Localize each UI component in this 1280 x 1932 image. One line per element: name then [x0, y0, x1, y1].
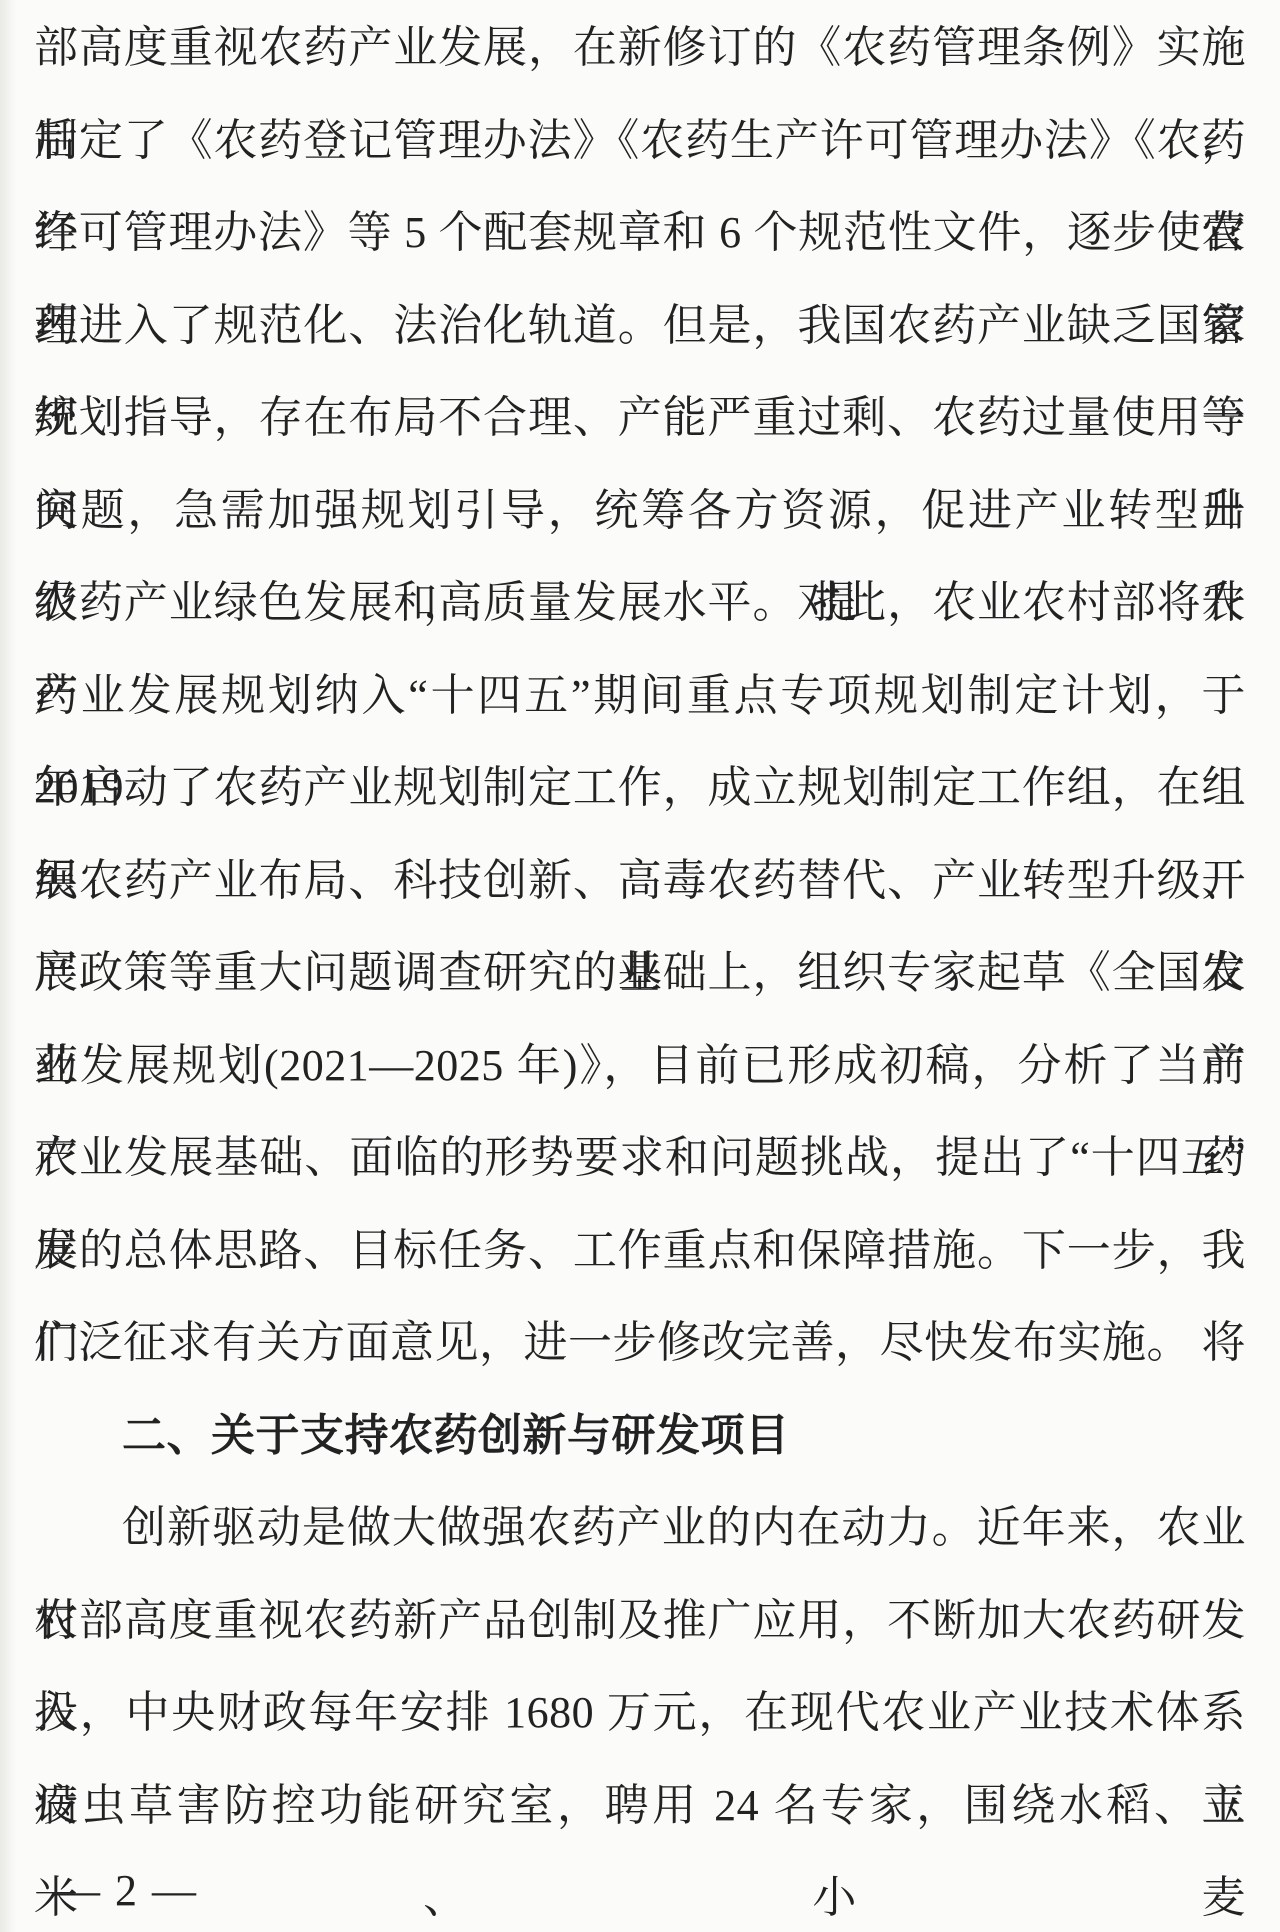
body-paragraph-continuation: 部高度重视农药产业发展，在新修订的《农药管理条例》实施后， 制定了《农药登记管理… [34, 2, 1246, 1390]
text-line: 许可管理办法》等 5 个配套规章和 6 个规范性文件，逐步使农药管 [34, 187, 1246, 280]
section-heading: 二、关于支持农药创新与研发项目 [34, 1390, 1246, 1483]
text-line: 展政策等重大问题调查研究的基础上，组织专家起草《全国农药产 [34, 927, 1246, 1020]
body-paragraph: 创新驱动是做大做强农药产业的内在动力。近年来，农业农 村部高度重视农药新产品创制… [34, 1482, 1246, 1852]
text-line: 展的总体思路、目标任务、工作重点和保障措施。下一步，我们将 [34, 1205, 1246, 1298]
text-line: 规划指导，存在布局不合理、产能严重过剩、农药过量使用等突出 [34, 372, 1246, 465]
text-line: 制定了《农药登记管理办法》《农药生产许可管理办法》《农药经营 [34, 95, 1246, 188]
text-line: 村部高度重视农药新产品创制及推广应用，不断加大农药研发投 [34, 1575, 1246, 1668]
text-line: 问题，急需加强规划引导，统筹各方资源，促进产业转型升级，提升 [34, 465, 1246, 558]
text-line: 广泛征求有关方面意见，进一步修改完善，尽快发布实施。 [34, 1297, 1246, 1390]
text-line: 产业发展规划纳入“十四五”期间重点专项规划制定计划，于 2019 [34, 650, 1246, 743]
text-line: 农药产业绿色发展和高质量发展水平。对此，农业农村部将农药 [34, 557, 1246, 650]
text-line: 理进入了规范化、法治化轨道。但是，我国农药产业缺乏国家统一 [34, 280, 1246, 373]
document-page: 部高度重视农药产业发展，在新修订的《农药管理条例》实施后， 制定了《农药登记管理… [0, 0, 1280, 1932]
text-line: 业发展规划(2021—2025 年)》，目前已形成初稿，分析了当前农药 [34, 1020, 1246, 1113]
text-line: 病虫草害防控功能研究室，聘用 24 名专家，围绕水稻、玉米、小麦 [34, 1760, 1246, 1853]
text-line: 年启动了农药产业规划制定工作，成立规划制定工作组，在组织开 [34, 742, 1246, 835]
text-line: 展农药产业布局、科技创新、高毒农药替代、产业转型升级、产业发 [34, 835, 1246, 928]
text-line: 产业发展基础、面临的形势要求和问题挑战，提出了“十四五”发 [34, 1112, 1246, 1205]
text-line: 入，中央财政每年安排 1680 万元，在现代农业产业技术体系设立 [34, 1667, 1246, 1760]
text-line: 创新驱动是做大做强农药产业的内在动力。近年来，农业农 [34, 1482, 1246, 1575]
text-line: 部高度重视农药产业发展，在新修订的《农药管理条例》实施后， [34, 2, 1246, 95]
